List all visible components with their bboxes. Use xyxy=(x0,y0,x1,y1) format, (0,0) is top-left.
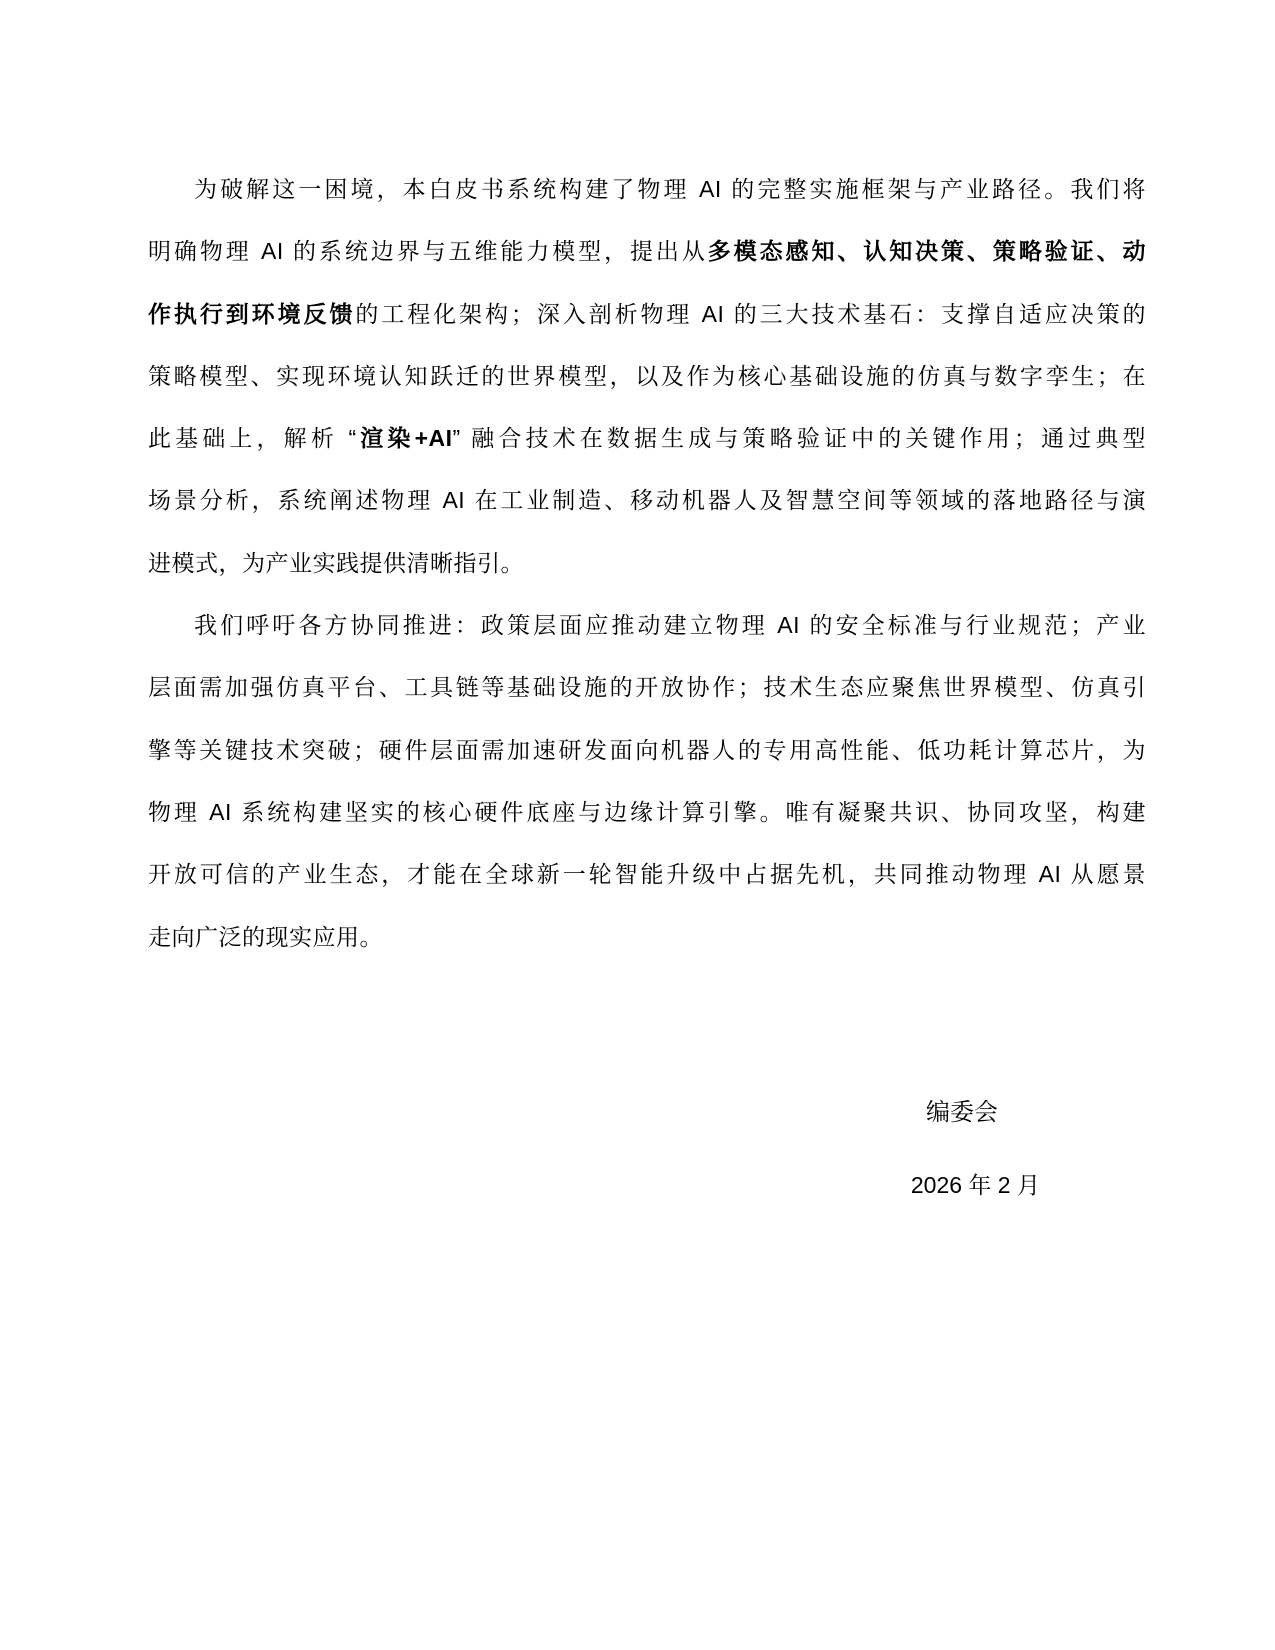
paragraph-1-line-5: 此基础上，解析 “渲染+AI” 融合技术在数据生成与策略验证中的关键作用；通过典… xyxy=(148,407,1146,469)
bold-text-run: 作执行到环境反馈 xyxy=(148,301,355,327)
text-run: 物理 AI 系统构建坚实的核心硬件底座与边缘计算引擎。唯有凝聚共识、协同攻坚，构… xyxy=(148,799,1146,825)
text-run: 明确物理 AI 的系统边界与五维能力模型，提出从 xyxy=(148,238,708,264)
text-run: 场景分析，系统阐述物理 AI 在工业制造、移动机器人及智慧空间等领域的落地路径与… xyxy=(148,487,1146,513)
text-run: 我们呼吁各方协同推进：政策层面应推动建立物理 AI 的安全标准与行业规范；产业 xyxy=(194,612,1146,638)
closing-date: 2026 年 2 月 xyxy=(148,1168,1146,1202)
paragraph-1-line-6: 场景分析，系统阐述物理 AI 在工业制造、移动机器人及智慧空间等领域的落地路径与… xyxy=(148,469,1146,531)
text-run: 策略模型、实现环境认知跃迁的世界模型，以及作为核心基础设施的仿真与数字孪生；在 xyxy=(148,363,1146,389)
text-run: 为破解这一困境，本白皮书系统构建了物理 AI 的完整实施框架与产业路径。我们将 xyxy=(194,176,1146,202)
document-body: 为破解这一困境，本白皮书系统构建了物理 AI 的完整实施框架与产业路径。我们将明… xyxy=(148,158,1146,968)
text-run: 进模式，为产业实践提供清晰指引。 xyxy=(148,550,524,576)
paragraph-2-line-1: 我们呼吁各方协同推进：政策层面应推动建立物理 AI 的安全标准与行业规范；产业 xyxy=(148,594,1146,656)
text-run: 擎等关键技术突破；硬件层面需加速研发面向机器人的专用高性能、低功耗计算芯片，为 xyxy=(148,737,1146,763)
paragraph-1-line-7: 进模式，为产业实践提供清晰指引。 xyxy=(148,532,1146,594)
paragraph-2-line-3: 擎等关键技术突破；硬件层面需加速研发面向机器人的专用高性能、低功耗计算芯片，为 xyxy=(148,719,1146,781)
paragraph-1-line-3: 作执行到环境反馈的工程化架构；深入剖析物理 AI 的三大技术基石：支撑自适应决策… xyxy=(148,283,1146,345)
paragraph-1-line-2: 明确物理 AI 的系统边界与五维能力模型，提出从多模态感知、认知决策、策略验证、… xyxy=(148,220,1146,282)
closing-signature: 编委会 xyxy=(148,1096,1146,1130)
paragraph-1-line-1: 为破解这一困境，本白皮书系统构建了物理 AI 的完整实施框架与产业路径。我们将 xyxy=(148,158,1146,220)
text-run: 的工程化架构；深入剖析物理 AI 的三大技术基石：支撑自适应决策的 xyxy=(355,301,1146,327)
text-run: 此基础上，解析 “ xyxy=(148,425,357,451)
bold-text-run: 渲染+AI xyxy=(357,425,453,451)
text-run: ” 融合技术在数据生成与策略验证中的关键作用；通过典型 xyxy=(453,425,1146,451)
document-page: 为破解这一困境，本白皮书系统构建了物理 AI 的完整实施框架与产业路径。我们将明… xyxy=(0,0,1275,1650)
paragraph-1-line-4: 策略模型、实现环境认知跃迁的世界模型，以及作为核心基础设施的仿真与数字孪生；在 xyxy=(148,345,1146,407)
text-run: 开放可信的产业生态，才能在全球新一轮智能升级中占据先机，共同推动物理 AI 从愿… xyxy=(148,861,1146,887)
text-run: 层面需加强仿真平台、工具链等基础设施的开放协作；技术生态应聚焦世界模型、仿真引 xyxy=(148,674,1146,700)
paragraph-2-line-6: 走向广泛的现实应用。 xyxy=(148,906,1146,968)
text-run: 走向广泛的现实应用。 xyxy=(148,924,383,950)
paragraph-2-line-5: 开放可信的产业生态，才能在全球新一轮智能升级中占据先机，共同推动物理 AI 从愿… xyxy=(148,843,1146,905)
paragraph-2-line-4: 物理 AI 系统构建坚实的核心硬件底座与边缘计算引擎。唯有凝聚共识、协同攻坚，构… xyxy=(148,781,1146,843)
paragraph-2-line-2: 层面需加强仿真平台、工具链等基础设施的开放协作；技术生态应聚焦世界模型、仿真引 xyxy=(148,656,1146,718)
bold-text-run: 多模态感知、认知决策、策略验证、动 xyxy=(708,238,1146,264)
